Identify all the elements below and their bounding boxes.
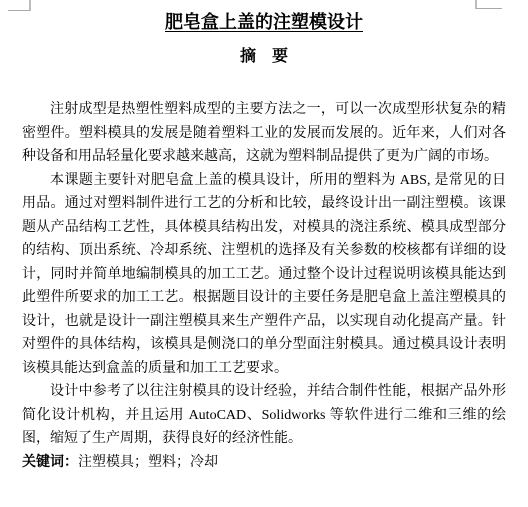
abstract-body: 注射成型是热塑性塑料成型的主要方法之一，可以一次成型形状复杂的精密塑件。塑料模具… (22, 98, 506, 474)
text-boundary-mark-top-right (475, 0, 502, 9)
abstract-heading: 摘 要 (0, 47, 528, 67)
keywords-label: 关键词： (22, 455, 78, 470)
paragraph-design-description: 本课题主要针对肥皂盒上盖的模具设计，所用的塑料为 ABS, 是常见的日用品。通过… (22, 169, 506, 381)
keywords-text: 注塑模具；塑料；冷却 (78, 455, 218, 470)
text-boundary-mark-top-left (8, 0, 31, 11)
document-page: 肥皂盒上盖的注塑模设计 摘 要 注射成型是热塑性塑料成型的主要方法之一，可以一次… (0, 0, 528, 507)
document-title: 肥皂盒上盖的注塑模设计 (0, 10, 528, 34)
keywords-line: 关键词：注塑模具；塑料；冷却 (22, 451, 506, 475)
paragraph-software-conclusion: 设计中参考了以往注射模具的设计经验，并结合制件性能，根据产品外形简化设计机构，并… (22, 380, 506, 451)
paragraph-introduction: 注射成型是热塑性塑料成型的主要方法之一，可以一次成型形状复杂的精密塑件。塑料模具… (22, 98, 506, 169)
